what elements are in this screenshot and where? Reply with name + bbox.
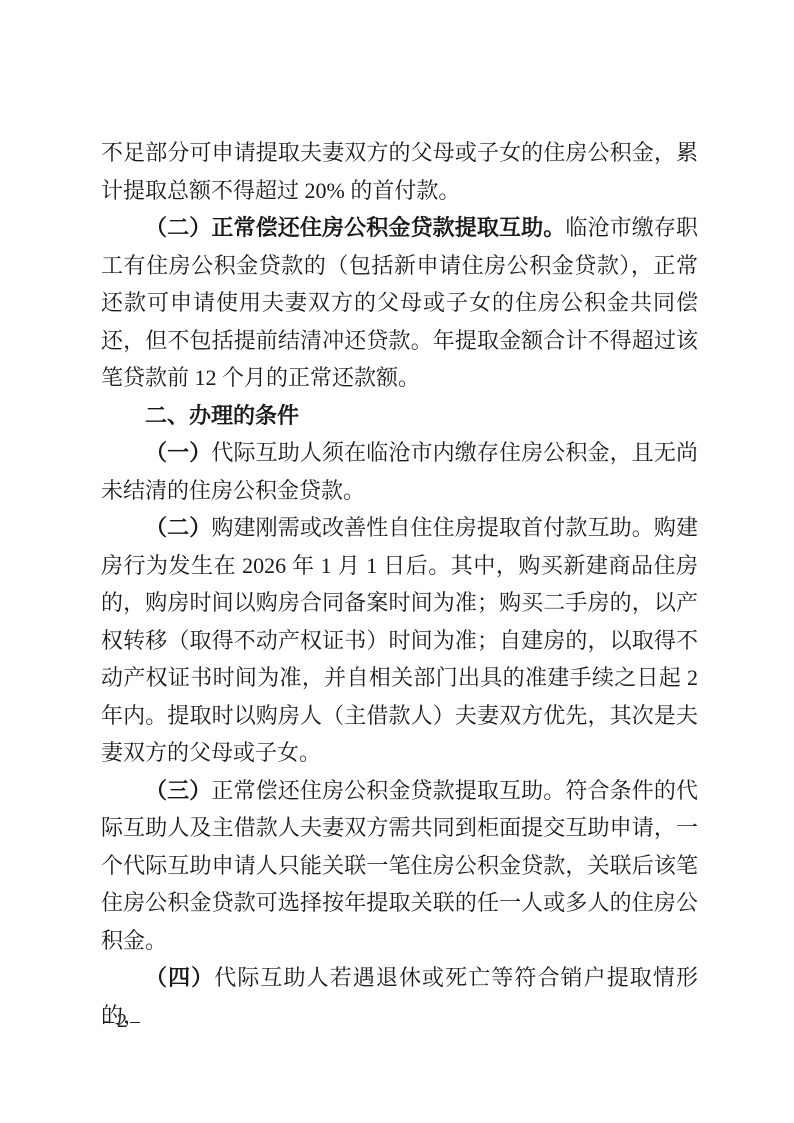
section-heading: 二、办理的条件 [101, 397, 698, 435]
bold-run: （二） [145, 515, 211, 540]
paragraph: （二）正常偿还住房公积金贷款提取互助。临沧市缴存职工有住房公积金贷款的（包括新申… [101, 209, 698, 397]
paragraph: （二）购建刚需或改善性自住住房提取首付款互助。购建房行为发生在 2026 年 1… [101, 509, 698, 772]
document-page: 不足部分可申请提取夫妻双方的父母或子女的住房公积金，累计提取总额不得超过 20%… [0, 0, 794, 1123]
document-body: 不足部分可申请提取夫妻双方的父母或子女的住房公积金，累计提取总额不得超过 20%… [101, 134, 698, 1034]
bold-run: （二）正常偿还住房公积金贷款提取互助。 [145, 215, 565, 240]
paragraph: （三）正常偿还住房公积金贷款提取互助。符合条件的代际互助人及主借款人夫妻双方需共… [101, 772, 698, 960]
text-run: 正常偿还住房公积金贷款提取互助。符合条件的代际互助人及主借款人夫妻双方需共同到柜… [101, 778, 698, 953]
paragraph: （四）代际互助人若遇退休或死亡等符合销户提取情形的， [101, 959, 698, 1034]
paragraph: （一）代际互助人须在临沧市内缴存住房公积金，且无尚未结清的住房公积金贷款。 [101, 434, 698, 509]
text-run: 临沧市缴存职工有住房公积金贷款的（包括新申请住房公积金贷款），正常还款可申请使用… [101, 215, 698, 390]
text-run: 不足部分可申请提取夫妻双方的父母或子女的住房公积金，累计提取总额不得超过 20%… [101, 140, 698, 203]
bold-run: （一） [145, 440, 211, 465]
text-run: 购建刚需或改善性自住住房提取首付款互助。购建房行为发生在 2026 年 1 月 … [101, 515, 698, 765]
bold-run: （四） [145, 965, 214, 990]
bold-run: 二、办理的条件 [145, 403, 299, 428]
paragraph: 不足部分可申请提取夫妻双方的父母或子女的住房公积金，累计提取总额不得超过 20%… [101, 134, 698, 209]
page-number: –2– [104, 1009, 143, 1033]
bold-run: （三） [145, 778, 211, 803]
